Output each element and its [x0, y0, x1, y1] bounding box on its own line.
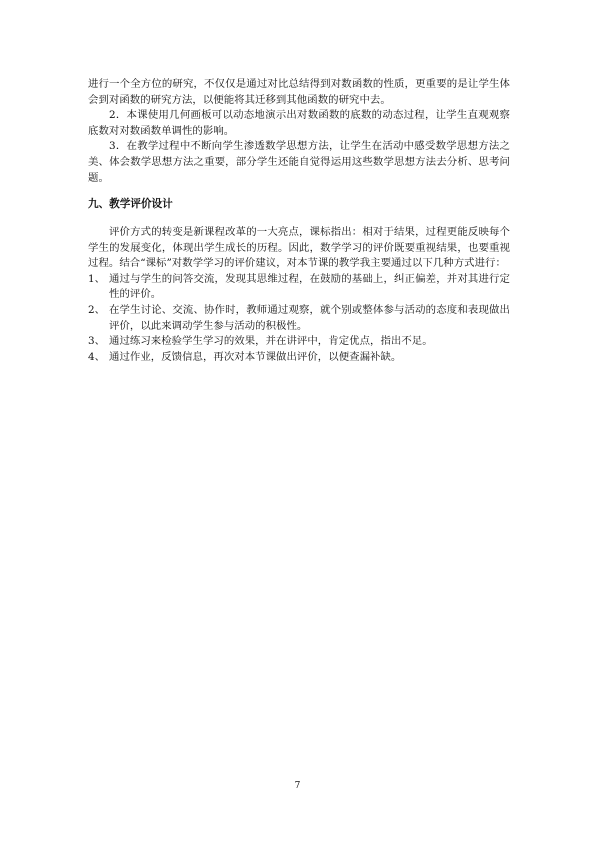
continued-paragraph: 进行一个全方位的研究，不仅仅是通过对比总结得到对数函数的性质，更重要的是让学生体… — [88, 77, 510, 108]
evaluation-text-block: 评价方式的转变是新课程改革的一大亮点，课标指出：相对于结果，过程更能反映每个学生… — [88, 225, 510, 365]
document-page: 进行一个全方位的研究，不仅仅是通过对比总结得到对数函数的性质，更重要的是让学生体… — [0, 0, 595, 842]
page-number: 7 — [0, 780, 595, 792]
list-item-number: 2、 — [88, 303, 105, 319]
list-item: 1、 通过与学生的问答交流，发现其思维过程，在鼓励的基础上，纠正偏差，并对其进行… — [88, 272, 510, 303]
top-text-block: 进行一个全方位的研究，不仅仅是通过对比总结得到对数函数的性质，更重要的是让学生体… — [88, 77, 510, 186]
list-item-text: 通过练习来检验学生学习的效果，并在讲评中，肯定优点，指出不足。 — [109, 335, 433, 347]
list-item-number: 4、 — [88, 350, 105, 366]
section-heading: 九、教学评价设计 — [88, 196, 173, 212]
list-item: 2、 在学生讨论、交流、协作时，教师通过观察，就个别或整体参与活动的态度和表现做… — [88, 303, 510, 334]
evaluation-list: 1、 通过与学生的问答交流，发现其思维过程，在鼓励的基础上，纠正偏差，并对其进行… — [88, 272, 510, 366]
list-item: 3、 通过练习来检验学生学习的效果，并在讲评中，肯定优点，指出不足。 — [88, 334, 510, 350]
intro-paragraph: 评价方式的转变是新课程改革的一大亮点，课标指出：相对于结果，过程更能反映每个学生… — [88, 225, 510, 272]
list-item-number: 1、 — [88, 272, 105, 288]
list-item-text: 通过作业，反馈信息，再次对本节课做出评价，以便查漏补缺。 — [109, 351, 401, 363]
list-item-text: 通过与学生的问答交流，发现其思维过程，在鼓励的基础上，纠正偏差，并对其进行定性的… — [109, 273, 510, 301]
list-item-text: 在学生讨论、交流、协作时，教师通过观察，就个别或整体参与活动的态度和表现做出评价… — [109, 304, 510, 332]
list-item-number: 3、 — [88, 334, 105, 350]
list-item: 4、 通过作业，反馈信息，再次对本节课做出评价，以便查漏补缺。 — [88, 350, 510, 366]
point-2-paragraph: 2．本课使用几何画板可以动态地演示出对数函数的底数的动态过程，让学生直观观察底数… — [88, 108, 510, 139]
point-3-paragraph: 3．在教学过程中不断向学生渗透数学思想方法，让学生在活动中感受数学思想方法之美、… — [88, 139, 510, 186]
